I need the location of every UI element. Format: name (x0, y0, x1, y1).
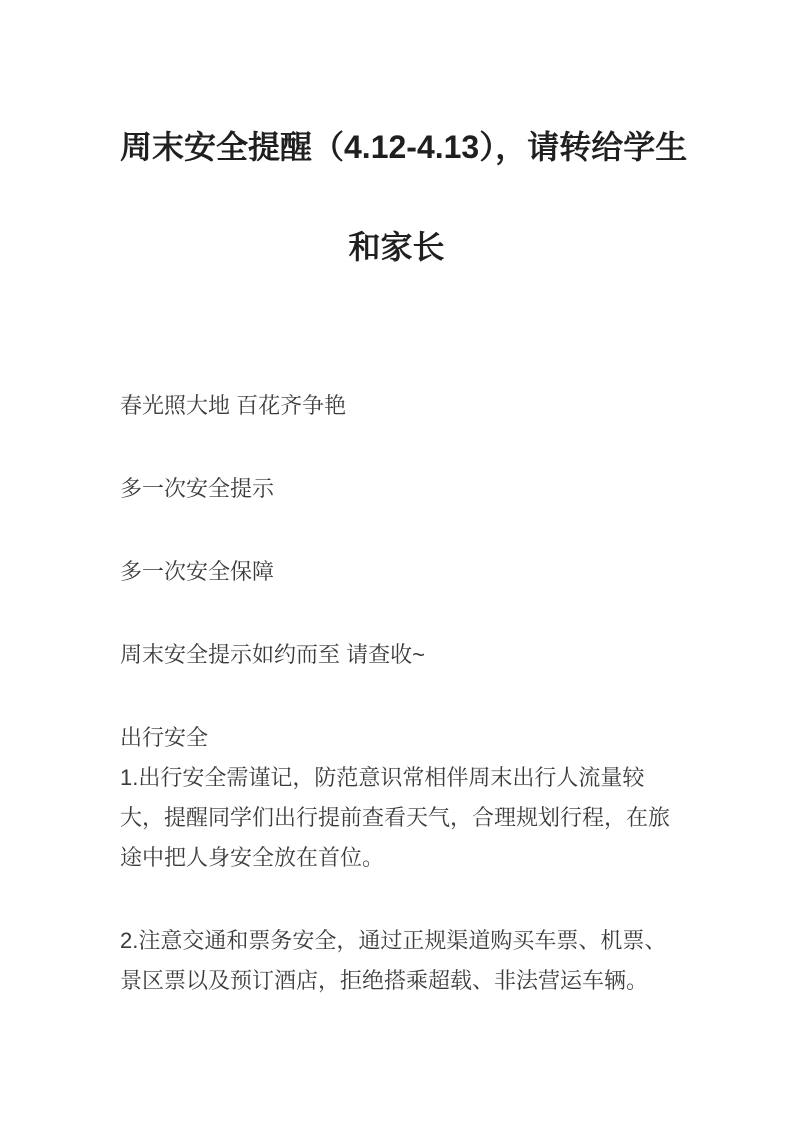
paragraph-spring-intro: 春光照大地 百花齐争艳 (120, 386, 673, 426)
document-body: 春光照大地 百花齐争艳 多一次安全提示 多一次安全保障 周末安全提示如约而至 请… (120, 386, 673, 1001)
paragraph-travel-safety: 出行安全 1.出行安全需谨记，防范意识常相伴周末出行人流量较大，提醒同学们出行提… (120, 718, 673, 878)
travel-safety-item-1: 1.出行安全需谨记，防范意识常相伴周末出行人流量较大，提醒同学们出行提前查看天气… (120, 765, 670, 870)
page-title: 周末安全提醒（4.12-4.13），请转给学生 和家长 (120, 97, 673, 297)
page-title-line-1: 周末安全提醒（4.12-4.13），请转给学生 (120, 97, 673, 197)
paragraph-safety-guarantee-intro: 多一次安全保障 (120, 552, 673, 592)
document-page: 周末安全提醒（4.12-4.13），请转给学生 和家长 春光照大地 百花齐争艳 … (0, 0, 793, 1122)
paragraph-weekend-reminder-intro: 周末安全提示如约而至 请查收~ (120, 635, 673, 675)
paragraph-ticket-safety: 2.注意交通和票务安全，通过正规渠道购买车票、机票、景区票以及预订酒店，拒绝搭乘… (120, 921, 673, 1001)
travel-safety-heading: 出行安全 (120, 725, 208, 750)
paragraph-safety-tip-intro: 多一次安全提示 (120, 469, 673, 509)
page-title-line-2: 和家长 (120, 197, 673, 297)
